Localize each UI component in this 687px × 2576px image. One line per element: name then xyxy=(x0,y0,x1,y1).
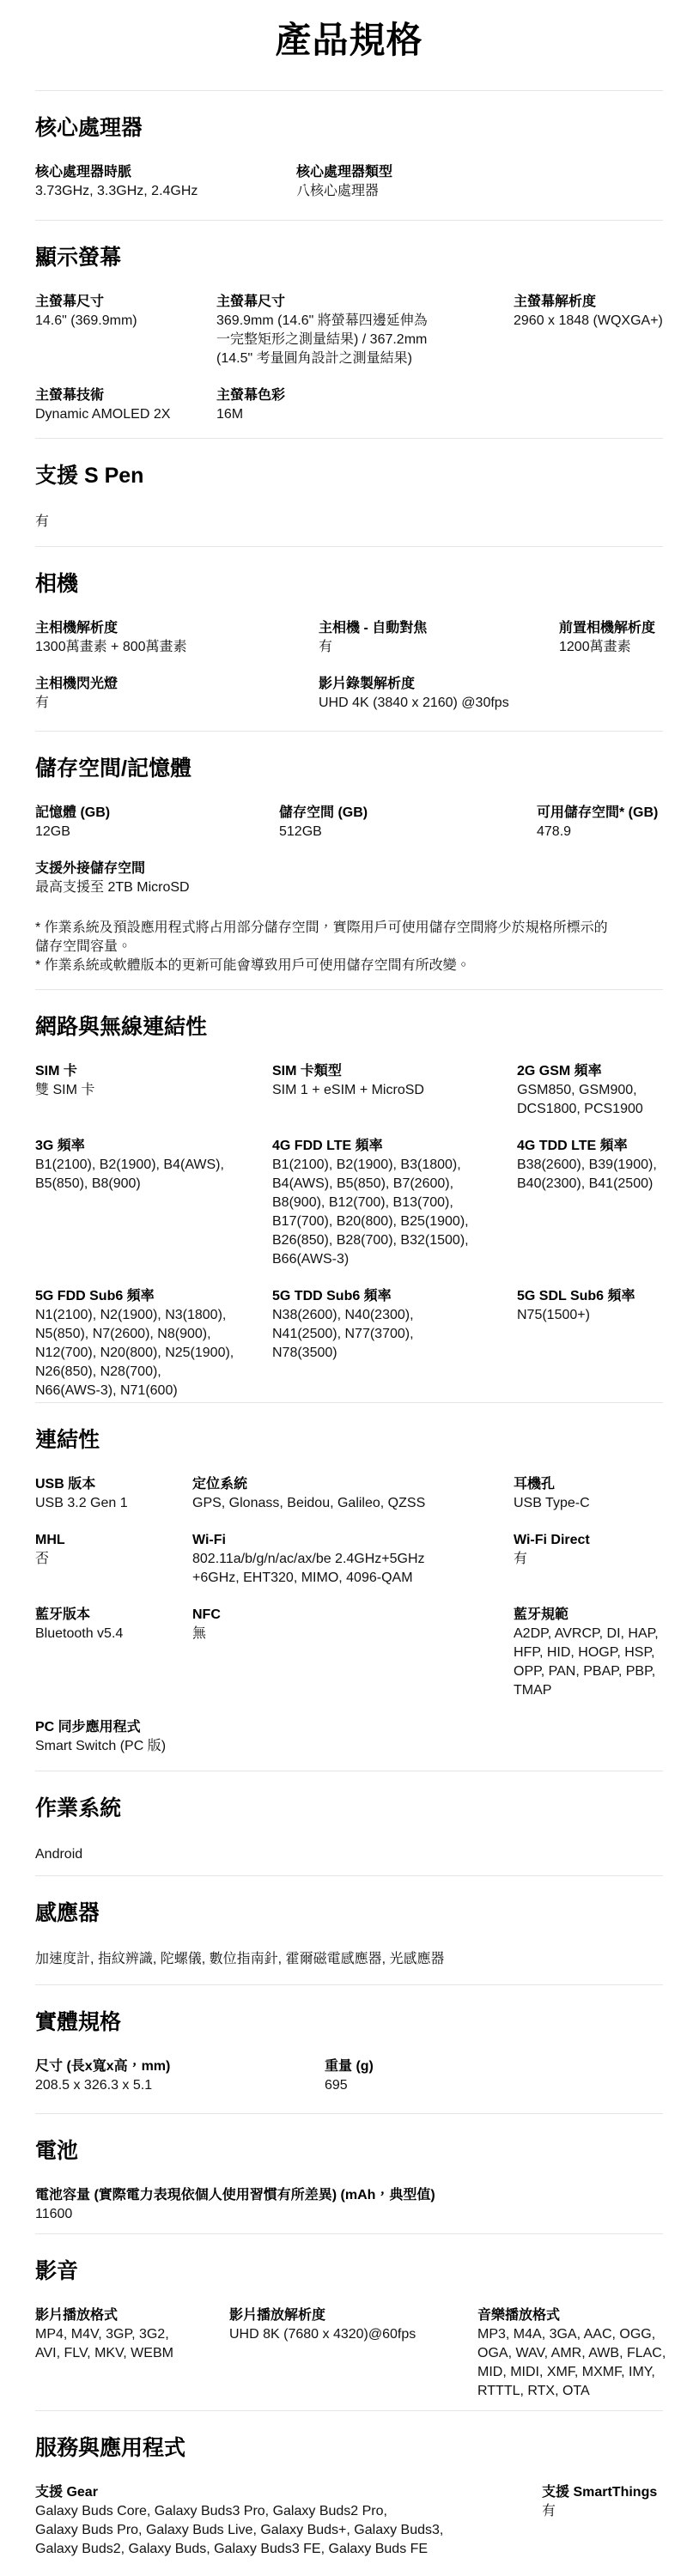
spec-item: 主螢幕解析度2960 x 1848 (WQXGA+) xyxy=(514,293,663,368)
spec-label: Wi-Fi Direct xyxy=(514,1531,663,1550)
spec-item: 支援外接儲存空間最高支援至 2TB MicroSD xyxy=(35,860,279,897)
spec-label: 影片錄製解析度 xyxy=(319,675,559,694)
section-os: 作業系統Android xyxy=(35,1771,663,1875)
spec-value: N1(2100), N2(1900), N3(1800), N5(850), N… xyxy=(35,1306,272,1400)
spec-value: N38(2600), N40(2300), N41(2500), N77(370… xyxy=(272,1306,517,1363)
spec-item: 可用儲存空間* (GB)478.9 xyxy=(537,804,663,841)
spec-row: 支援外接儲存空間最高支援至 2TB MicroSD xyxy=(35,860,663,897)
spec-value: 11600 xyxy=(35,2205,663,2224)
spec-value: 有 xyxy=(35,694,319,713)
section-title-av: 影音 xyxy=(35,2257,663,2286)
spec-value: Dynamic AMOLED 2X xyxy=(35,405,216,424)
spec-value: A2DP, AVRCP, DI, HAP, HFP, HID, HOGP, HS… xyxy=(514,1625,663,1700)
spec-row: SIM 卡雙 SIM 卡SIM 卡類型SIM 1 + eSIM + MicroS… xyxy=(35,1062,663,1119)
spec-value: B1(2100), B2(1900), B4(AWS), B5(850), B8… xyxy=(35,1156,272,1194)
spec-item: USB 版本USB 3.2 Gen 1 xyxy=(35,1475,192,1513)
spec-value: UHD 4K (3840 x 2160) @30fps xyxy=(319,694,559,713)
spec-label: 5G TDD Sub6 頻率 xyxy=(272,1287,517,1306)
spec-item: MHL否 xyxy=(35,1531,192,1588)
spec-row: 核心處理器時脈3.73GHz, 3.3GHz, 2.4GHz核心處理器類型八核心… xyxy=(35,163,663,201)
spec-label: 記憶體 (GB) xyxy=(35,804,279,823)
spec-label: 主相機閃光燈 xyxy=(35,675,319,694)
spec-value: 2960 x 1848 (WQXGA+) xyxy=(514,312,663,331)
spec-value: B38(2600), B39(1900), B40(2300), B41(250… xyxy=(517,1156,663,1194)
storage-footnotes: * 作業系統及預設應用程式將占用部分儲存空間，實際用戶可使用儲存空間將少於規格所… xyxy=(35,919,663,975)
spec-value: 802.11a/b/g/n/ac/ax/be 2.4GHz+5GHz +6GHz… xyxy=(192,1550,514,1588)
spec-value: GPS, Glonass, Beidou, Galileo, QZSS xyxy=(192,1494,514,1513)
spec-label: USB 版本 xyxy=(35,1475,192,1494)
spec-value: MP3, M4A, 3GA, AAC, OGG, OGA, WAV, AMR, … xyxy=(477,2325,663,2401)
spec-value: Smart Switch (PC 版) xyxy=(35,1737,192,1756)
spec-label: 尺寸 (長x寬x高，mm) xyxy=(35,2057,325,2076)
spec-value: UHD 8K (7680 x 4320)@60fps xyxy=(229,2325,477,2344)
spec-label: 定位系統 xyxy=(192,1475,514,1494)
spec-label: 主螢幕技術 xyxy=(35,386,216,405)
spec-value: 1300萬畫素 + 800萬畫素 xyxy=(35,638,319,657)
section-title-network: 網路與無線連結性 xyxy=(35,1013,663,1042)
spec-value: 最高支援至 2TB MicroSD xyxy=(35,878,279,897)
spec-label: 影片播放格式 xyxy=(35,2306,229,2325)
spec-item: 影片播放格式MP4, M4V, 3GP, 3G2, AVI, FLV, MKV,… xyxy=(35,2306,229,2401)
spec-item: 影片錄製解析度UHD 4K (3840 x 2160) @30fps xyxy=(319,675,559,713)
spec-item: 藍牙規範A2DP, AVRCP, DI, HAP, HFP, HID, HOGP… xyxy=(514,1606,663,1700)
spec-label: 支援 Gear xyxy=(35,2483,542,2502)
spec-label: NFC xyxy=(192,1606,514,1625)
section-processor: 核心處理器核心處理器時脈3.73GHz, 3.3GHz, 2.4GHz核心處理器… xyxy=(35,90,663,220)
spec-label: 可用儲存空間* (GB) xyxy=(537,804,663,823)
spec-label: Wi-Fi xyxy=(192,1531,514,1550)
spec-value: 14.6" (369.9mm) xyxy=(35,312,216,331)
spec-value: 有 xyxy=(542,2502,663,2521)
section-spen: 支援 S Pen有 xyxy=(35,438,663,546)
spec-value: 695 xyxy=(325,2076,663,2095)
section-sensors: 感應器加速度計, 指紋辨識, 陀螺儀, 數位指南針, 霍爾磁電感應器, 光感應器 xyxy=(35,1875,663,1984)
spec-value: N75(1500+) xyxy=(517,1306,663,1325)
spec-item: 支援 GearGalaxy Buds Core, Galaxy Buds3 Pr… xyxy=(35,2483,542,2559)
spec-label: 藍牙規範 xyxy=(514,1606,663,1625)
spec-label: 主螢幕尺寸 xyxy=(35,293,216,312)
spec-label: 影片播放解析度 xyxy=(229,2306,477,2325)
spec-item: Wi-Fi802.11a/b/g/n/ac/ax/be 2.4GHz+5GHz … xyxy=(192,1531,514,1588)
spec-row: 主相機閃光燈有影片錄製解析度UHD 4K (3840 x 2160) @30fp… xyxy=(35,675,663,713)
spec-label: 耳機孔 xyxy=(514,1475,663,1494)
spec-item: 5G SDL Sub6 頻率N75(1500+) xyxy=(517,1287,663,1400)
section-services: 服務與應用程式支援 GearGalaxy Buds Core, Galaxy B… xyxy=(35,2410,663,2575)
spec-row: 主相機解析度1300萬畫素 + 800萬畫素主相機 - 自動對焦有前置相機解析度… xyxy=(35,619,663,657)
spec-value: USB 3.2 Gen 1 xyxy=(35,1494,192,1513)
spec-value: 雙 SIM 卡 xyxy=(35,1081,272,1100)
spec-row: 5G FDD Sub6 頻率N1(2100), N2(1900), N3(180… xyxy=(35,1287,663,1400)
section-title-camera: 相機 xyxy=(35,570,663,598)
section-storage: 儲存空間/記憶體記憶體 (GB)12GB儲存空間 (GB)512GB可用儲存空間… xyxy=(35,731,663,989)
spec-label: 支援外接儲存空間 xyxy=(35,860,279,878)
spec-item: 定位系統GPS, Glonass, Beidou, Galileo, QZSS xyxy=(192,1475,514,1513)
spec-item: 2G GSM 頻率GSM850, GSM900, DCS1800, PCS190… xyxy=(517,1062,663,1119)
spec-item: SIM 卡類型SIM 1 + eSIM + MicroSD xyxy=(272,1062,517,1119)
section-connectivity: 連結性USB 版本USB 3.2 Gen 1定位系統GPS, Glonass, … xyxy=(35,1402,663,1771)
spec-label: 主螢幕色彩 xyxy=(216,386,514,405)
section-title-processor: 核心處理器 xyxy=(35,114,663,143)
spec-sections: 核心處理器核心處理器時脈3.73GHz, 3.3GHz, 2.4GHz核心處理器… xyxy=(35,90,663,2575)
spec-item: 主螢幕色彩16M xyxy=(216,386,514,424)
section-camera: 相機主相機解析度1300萬畫素 + 800萬畫素主相機 - 自動對焦有前置相機解… xyxy=(35,546,663,731)
spec-value: Android xyxy=(35,1845,663,1864)
spec-value: 16M xyxy=(216,405,514,424)
section-battery: 電池電池容量 (實際電力表現依個人使用習慣有所差異) (mAh，典型值)1160… xyxy=(35,2113,663,2233)
section-title-os: 作業系統 xyxy=(35,1795,663,1823)
spec-value: 512GB xyxy=(279,823,537,841)
spec-row: USB 版本USB 3.2 Gen 1定位系統GPS, Glonass, Bei… xyxy=(35,1475,663,1513)
spec-item: 主相機閃光燈有 xyxy=(35,675,319,713)
spec-value: USB Type-C xyxy=(514,1494,663,1513)
section-av: 影音影片播放格式MP4, M4V, 3GP, 3G2, AVI, FLV, MK… xyxy=(35,2233,663,2410)
spec-label: 儲存空間 (GB) xyxy=(279,804,537,823)
spec-row: 影片播放格式MP4, M4V, 3GP, 3G2, AVI, FLV, MKV,… xyxy=(35,2306,663,2401)
spec-value: 無 xyxy=(192,1625,514,1643)
spec-value: Bluetooth v5.4 xyxy=(35,1625,192,1643)
spec-label: 核心處理器時脈 xyxy=(35,163,296,182)
spec-item: 藍牙版本Bluetooth v5.4 xyxy=(35,1606,192,1700)
spec-label: 4G FDD LTE 頻率 xyxy=(272,1137,517,1156)
page-title: 產品規格 xyxy=(35,0,663,62)
spec-label: 音樂播放格式 xyxy=(477,2306,663,2325)
spec-value: Galaxy Buds Core, Galaxy Buds3 Pro, Gala… xyxy=(35,2502,542,2559)
section-title-display: 顯示螢幕 xyxy=(35,244,663,272)
spec-row: 藍牙版本Bluetooth v5.4NFC無藍牙規範A2DP, AVRCP, D… xyxy=(35,1606,663,1700)
storage-footnote: * 作業系統及預設應用程式將占用部分儲存空間，實際用戶可使用儲存空間將少於規格所… xyxy=(35,919,663,957)
spec-label: 4G TDD LTE 頻率 xyxy=(517,1137,663,1156)
spec-row: 3G 頻率B1(2100), B2(1900), B4(AWS), B5(850… xyxy=(35,1137,663,1269)
spec-label: 主相機 - 自動對焦 xyxy=(319,619,559,638)
section-title-battery: 電池 xyxy=(35,2137,663,2166)
spec-label: 支援 SmartThings xyxy=(542,2483,663,2502)
spec-item: 電池容量 (實際電力表現依個人使用習慣有所差異) (mAh，典型值)11600 xyxy=(35,2186,663,2224)
spec-label: 電池容量 (實際電力表現依個人使用習慣有所差異) (mAh，典型值) xyxy=(35,2186,663,2205)
spec-item: 4G TDD LTE 頻率B38(2600), B39(1900), B40(2… xyxy=(517,1137,663,1269)
spec-item: 核心處理器類型八核心處理器 xyxy=(296,163,663,201)
spec-item: 尺寸 (長x寬x高，mm)208.5 x 326.3 x 5.1 xyxy=(35,2057,325,2095)
section-display: 顯示螢幕主螢幕尺寸14.6" (369.9mm)主螢幕尺寸369.9mm (14… xyxy=(35,220,663,438)
spec-label: 主相機解析度 xyxy=(35,619,319,638)
spec-item: 核心處理器時脈3.73GHz, 3.3GHz, 2.4GHz xyxy=(35,163,296,201)
spec-row: MHL否Wi-Fi802.11a/b/g/n/ac/ax/be 2.4GHz+5… xyxy=(35,1531,663,1588)
spec-value: 478.9 xyxy=(537,823,663,841)
spec-value: 208.5 x 326.3 x 5.1 xyxy=(35,2076,325,2095)
spec-item: 4G FDD LTE 頻率B1(2100), B2(1900), B3(1800… xyxy=(272,1137,517,1269)
spec-label: 2G GSM 頻率 xyxy=(517,1062,663,1081)
spec-item: NFC無 xyxy=(192,1606,514,1700)
spec-item: 3G 頻率B1(2100), B2(1900), B4(AWS), B5(850… xyxy=(35,1137,272,1269)
spec-item: 5G TDD Sub6 頻率N38(2600), N40(2300), N41(… xyxy=(272,1287,517,1400)
spec-value: 八核心處理器 xyxy=(296,182,663,201)
spec-label: MHL xyxy=(35,1531,192,1550)
spec-label: 主螢幕尺寸 xyxy=(216,293,514,312)
spec-value: 12GB xyxy=(35,823,279,841)
storage-footnote: * 作業系統或軟體版本的更新可能會導致用戶可使用儲存空間有所改變。 xyxy=(35,957,663,975)
spec-label: 藍牙版本 xyxy=(35,1606,192,1625)
spec-value: MP4, M4V, 3GP, 3G2, AVI, FLV, MKV, WEBM xyxy=(35,2325,229,2363)
spec-item: 5G FDD Sub6 頻率N1(2100), N2(1900), N3(180… xyxy=(35,1287,272,1400)
section-title-services: 服務與應用程式 xyxy=(35,2434,663,2463)
section-physical: 實體規格尺寸 (長x寬x高，mm)208.5 x 326.3 x 5.1重量 (… xyxy=(35,1984,663,2113)
section-network: 網路與無線連結性SIM 卡雙 SIM 卡SIM 卡類型SIM 1 + eSIM … xyxy=(35,989,663,1402)
spec-item: SIM 卡雙 SIM 卡 xyxy=(35,1062,272,1119)
spec-label: 5G SDL Sub6 頻率 xyxy=(517,1287,663,1306)
spec-value: 否 xyxy=(35,1550,192,1569)
spec-item: 主螢幕尺寸14.6" (369.9mm) xyxy=(35,293,216,368)
spec-row: 主螢幕尺寸14.6" (369.9mm)主螢幕尺寸369.9mm (14.6" … xyxy=(35,293,663,368)
spec-row: 記憶體 (GB)12GB儲存空間 (GB)512GB可用儲存空間* (GB)47… xyxy=(35,804,663,841)
spec-value: 369.9mm (14.6" 將螢幕四邊延伸為 一完整矩形之測量結果) / 36… xyxy=(216,312,514,368)
spec-row: 電池容量 (實際電力表現依個人使用習慣有所差異) (mAh，典型值)11600 xyxy=(35,2186,663,2224)
section-title-spen: 支援 S Pen xyxy=(35,462,663,490)
spec-item: PC 同步應用程式Smart Switch (PC 版) xyxy=(35,1718,192,1756)
spec-label: SIM 卡類型 xyxy=(272,1062,517,1081)
spec-item: 主相機 - 自動對焦有 xyxy=(319,619,559,657)
spec-item: 前置相機解析度1200萬畫素 xyxy=(559,619,663,657)
spec-item: 儲存空間 (GB)512GB xyxy=(279,804,537,841)
spec-item: 主螢幕尺寸369.9mm (14.6" 將螢幕四邊延伸為 一完整矩形之測量結果)… xyxy=(216,293,514,368)
spec-label: 核心處理器類型 xyxy=(296,163,663,182)
spec-value: 有 xyxy=(35,513,663,532)
spec-label: 5G FDD Sub6 頻率 xyxy=(35,1287,272,1306)
spec-value: SIM 1 + eSIM + MicroSD xyxy=(272,1081,517,1100)
section-title-connectivity: 連結性 xyxy=(35,1426,663,1455)
section-title-storage: 儲存空間/記憶體 xyxy=(35,755,663,783)
spec-label: PC 同步應用程式 xyxy=(35,1718,192,1737)
spec-item: 主相機解析度1300萬畫素 + 800萬畫素 xyxy=(35,619,319,657)
spec-row: 支援 GearGalaxy Buds Core, Galaxy Buds3 Pr… xyxy=(35,2483,663,2559)
spec-value: 有 xyxy=(514,1550,663,1569)
spec-label: 前置相機解析度 xyxy=(559,619,663,638)
spec-item: 支援 SmartThings有 xyxy=(542,2483,663,2559)
spec-item: Wi-Fi Direct有 xyxy=(514,1531,663,1588)
spec-row: PC 同步應用程式Smart Switch (PC 版) xyxy=(35,1718,663,1756)
spec-label: 主螢幕解析度 xyxy=(514,293,663,312)
spec-value: B1(2100), B2(1900), B3(1800), B4(AWS), B… xyxy=(272,1156,517,1269)
spec-row: 尺寸 (長x寬x高，mm)208.5 x 326.3 x 5.1重量 (g)69… xyxy=(35,2057,663,2095)
spec-item: 記憶體 (GB)12GB xyxy=(35,804,279,841)
spec-item: 主螢幕技術Dynamic AMOLED 2X xyxy=(35,386,216,424)
spec-value: 加速度計, 指紋辨識, 陀螺儀, 數位指南針, 霍爾磁電感應器, 光感應器 xyxy=(35,1950,663,1969)
spec-label: 重量 (g) xyxy=(325,2057,663,2076)
spec-item: 重量 (g)695 xyxy=(325,2057,663,2095)
spec-label: SIM 卡 xyxy=(35,1062,272,1081)
spec-label: 3G 頻率 xyxy=(35,1137,272,1156)
spec-item: 音樂播放格式MP3, M4A, 3GA, AAC, OGG, OGA, WAV,… xyxy=(477,2306,663,2401)
spec-value: 有 xyxy=(319,638,559,657)
spec-value: 1200萬畫素 xyxy=(559,638,663,657)
spec-item: 影片播放解析度UHD 8K (7680 x 4320)@60fps xyxy=(229,2306,477,2401)
spec-value: GSM850, GSM900, DCS1800, PCS1900 xyxy=(517,1081,663,1119)
section-title-physical: 實體規格 xyxy=(35,2008,663,2037)
spec-value: 3.73GHz, 3.3GHz, 2.4GHz xyxy=(35,182,296,201)
section-title-sensors: 感應器 xyxy=(35,1899,663,1928)
spec-row: 主螢幕技術Dynamic AMOLED 2X主螢幕色彩16M xyxy=(35,386,663,424)
spec-page: 產品規格 核心處理器核心處理器時脈3.73GHz, 3.3GHz, 2.4GHz… xyxy=(0,0,687,2575)
spec-item: 耳機孔USB Type-C xyxy=(514,1475,663,1513)
